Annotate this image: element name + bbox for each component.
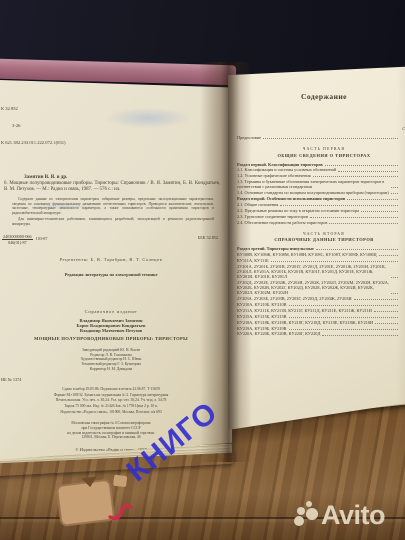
toc-entry: КУ219А, КУ219Б, КУ219В 58 [237,326,405,331]
catalog-code-line: 2403000000-066 046(01)-87 103-87 ББК 32.… [2,234,218,245]
toc-entry-label: 2У202Д, 2У202Е, 2У202Ж, 2У202И, 2У202К, … [237,280,389,295]
faint-blue-stain [88,104,208,132]
toc-entry: 2.1. Общие положения 27 [237,202,405,207]
dot-leader [391,293,398,294]
dot-leader [391,187,398,188]
dot-leader [310,217,398,218]
author-name: Владимир Матвеевич Петухов [2,328,220,333]
dot-leader [361,211,398,212]
fraction-denominator: 046(01)-87 [2,240,33,245]
toc-entry: 2.2. Предельные режимы по току в открыто… [237,208,405,213]
reviewers-line: Рецензенты: Б. В. Тарабрин, В. Т. Солнце… [2,257,220,262]
annotation-paragraph: Для инженерно-технических работников, за… [12,217,214,227]
toc-entry: 2.3. Групповое соединение тиристоров 30 [237,214,405,219]
toc-part-two: Раздел третий. Тиристоры импульсные 37 К… [237,246,405,336]
dot-leader [280,205,398,206]
part-one-header: ЧАСТЬ ПЕРВАЯ ОБЩИЕ СВЕДЕНИЯ О ТИРИСТОРАХ [237,147,405,158]
toc-entry: 2У203А, 2У203Б, 2У203В, 2У203Г, 2У203Д, … [237,296,405,301]
editorial-line: Редакция литературы по электронной техни… [2,272,220,277]
toc-entry: Раздел первый. Классификация тиристоров … [237,162,405,167]
dot-leader [289,329,398,330]
toc-entry: Предисловие 3 [237,135,405,140]
avito-dot [306,501,312,507]
toc-entry-label: КУ108В, КУ108Ж, КУ108М, КУ108Н, КУ108С, … [237,252,377,257]
udk-code: К 621.382.233.011.222.072.1(031) [1,140,220,146]
toc-entry-label: 2.2. Предельные режимы по току в открыто… [237,208,359,213]
avito-dot [306,508,318,520]
toc-entry: КУ218А, КУ218Б, КУ218В, КУ218Г, КУ218Д, … [237,320,405,325]
dot-leader [263,138,398,139]
toc-entry-label: Раздел второй. Особенности использования… [237,196,345,201]
book-title-caps: МОЩНЫЕ ПОЛУПРОВОДНИКОВЫЕ ПРИБОРЫ: ТИРИСТ… [2,336,220,341]
toc-entry: 2.4. Обеспечение надежности работы тирис… [237,220,405,225]
toc-entry-label: 1.4. Основные стандарты по мощным полупр… [237,190,389,195]
toc-entry: КУ215А, КУ215Б, КУ215В 54 [237,314,405,319]
toc-entry-label: 2У203А, 2У203Б, 2У203В, 2У203Г, 2У203Д, … [237,296,352,301]
toc-entry: Раздел третий. Тиристоры импульсные 37 [237,246,405,251]
toc-preface: Предисловие 3 [237,135,405,140]
toc-entry-page: 60 [400,331,405,336]
bibliographic-entry: 6. Мощные полупроводниковые приборы. Тир… [4,181,220,193]
toc-entry-page: 58 [400,326,405,331]
dot-leader [322,335,398,336]
faint-blue-stain [15,200,110,212]
toc-entry-page: 39 [400,258,405,263]
toc-entry: КУ220А, КУ220Б, КУ220В, КУ220Г, КУ220Д 6… [237,331,405,336]
toc-entry-page: 50 [400,302,405,307]
toc-entry: 1.4. Основные стандарты по мощным полупр… [237,190,405,195]
catalog-fraction: 2403000000-066 046(01)-87 [2,234,33,245]
toc-entry-page: 27 [400,196,405,201]
toc-entry-label: 1.3. Термины и буквенные обозначения эле… [237,179,389,189]
toc-entry-page: 26 [400,190,405,195]
dot-leader [391,277,398,278]
editorial-staff: Заведующий редакцией Ю. Н. РысевРедактор… [2,348,220,371]
right-page: Содержание Стр. Предисловие 3 ЧАСТЬ ПЕРВ… [228,66,405,430]
toc-entry-page: 54 [400,314,405,319]
toc-entry: Раздел второй. Особенности использования… [237,196,405,201]
red-ribbon-icon [106,498,134,523]
toc-part-one: Раздел первый. Классификация тиристоров … [237,162,405,225]
dot-leader [354,299,398,300]
dot-leader [325,165,398,166]
avito-logo-icon [292,501,318,527]
toc-entry: КУ210А, КУ210Б, КУ210В 50 [237,302,405,307]
toc-entry-page: 3 [400,135,405,140]
toc-entry: 1.2. Условные графические обозначения 15 [237,173,405,178]
toc-entry-page: 44 [400,290,405,295]
toc-entry-page: 33 [400,220,405,225]
avito-dot [294,516,304,526]
book-listing-photo: К 32.852 3-26 К 621.382.233.011.222.072.… [0,0,405,540]
avito-watermark: Avito [292,497,385,531]
toc-entry-page: 37 [400,252,405,257]
toc-entry: 1.3. Термины и буквенные обозначения эле… [237,179,405,189]
book-icon-tab [113,475,127,488]
toc-entry-page: 52 [400,308,405,313]
dot-leader [375,323,398,324]
dot-leader [289,317,398,318]
toc-entry-label: КУ218А, КУ218Б, КУ218В, КУ218Г, КУ218Д, … [237,320,373,325]
dot-leader [379,255,398,256]
toc-entry: 1.1. Классификация и системы условных об… [237,167,405,172]
toc-entry-page: 15 [400,173,405,178]
toc-entry-page: 56 [400,320,405,325]
toc-heading: Содержание [237,92,405,101]
part-kicker: ЧАСТЬ ПЕРВАЯ [237,147,405,151]
toc-entry-page: 8 [400,167,405,172]
toc-entry-label: 2У201А, 2У201Б, 2У201В, 2У201Г, 2У201Д, … [237,264,389,279]
open-book-icon [55,473,129,531]
toc-entry-label: КУ211А, КУ211Б, КУ211В, КУ211Г, КУ211Д, … [237,308,372,313]
dot-leader [329,223,398,224]
toc-entry-page: 28 [400,208,405,213]
toc-entry: 2У202Д, 2У202Е, 2У202Ж, 2У202И, 2У202К, … [237,280,405,295]
toc-entry-page: 16 [400,184,405,189]
author-header: Замятин В. Я. и др. [24,175,220,180]
toc-entry-page: 37 [400,246,405,251]
page-column-label: Стр. [237,126,405,131]
right-page-content: Содержание Стр. Предисловие 3 ЧАСТЬ ПЕРВ… [228,66,405,430]
dot-leader [347,199,398,200]
toc-entry-page: 30 [400,214,405,219]
avito-dot [297,507,305,515]
dot-leader [374,311,398,312]
dot-leader [338,171,398,172]
part-title: ОБЩИЕ СВЕДЕНИЯ О ТИРИСТОРАХ [237,153,405,158]
toc-entry-page: 41 [400,274,405,279]
toc-entry: КУ108В, КУ108Ж, КУ108М, КУ108Н, КУ108С, … [237,252,405,257]
part-two-header: ЧАСТЬ ВТОРАЯ СПРАВОЧНЫЕ ДАННЫЕ ТИРИСТОРО… [237,232,405,243]
dot-leader [289,305,398,306]
code-suffix: 103-87 [36,236,48,241]
dot-leader [316,249,398,250]
part-kicker: ЧАСТЬ ВТОРАЯ [237,232,405,236]
avito-wordmark: Avito [321,500,385,531]
ib-number: ИБ № 1374 [1,377,220,382]
toc-entry-page: 47 [400,296,405,301]
toc-entry-page: 8 [400,162,405,167]
toc-entry-page: 27 [400,202,405,207]
staff-line: Корректор Н. М. Давыдова [2,367,220,372]
dot-leader [391,193,398,194]
toc-entry: 2У201А, 2У201Б, 2У201В, 2У201Г, 2У201Д, … [237,264,405,279]
authors-full-names: Владимир Яковлевич ЗамятинБорис Владимир… [2,318,220,334]
toc-entry: КУ111А, КУ111Б 39 [237,258,405,263]
dot-leader [271,261,398,262]
edition-type: Справочное издание [2,309,220,314]
toc-entry: КУ211А, КУ211Б, КУ211В, КУ211Г, КУ211Д, … [237,308,405,313]
part-title: СПРАВОЧНЫЕ ДАННЫЕ ТИРИСТОРОВ [237,237,405,242]
dot-leader [313,176,398,177]
